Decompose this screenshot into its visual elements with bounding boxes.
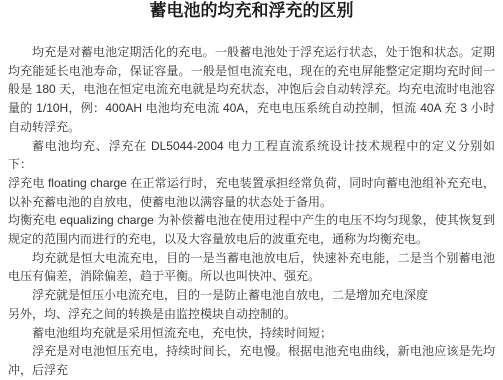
paragraph: 均充就是恒大电流充电，目的一是当蓄电池放电后，快速补充电能，二是当个别蓄电池电压… [8, 249, 495, 286]
paragraph: 浮充是对电池恒压充电，持续时间长，充电慢。根据电池充电曲线，新电池应该是先均冲，… [8, 342, 495, 379]
paragraph: 蓄电池均充、浮充在 DL5044-2004 电力工程直流系统设计技术规程中的定义… [8, 137, 495, 174]
paragraph: 浮充就是恒压小电流充电，目的一是防止蓄电池自放电，二是增加充电深度 [8, 286, 495, 305]
document-page: 蓄电池的均充和浮充的区别 均充是对蓄电池定期活化的充电。一般蓄电池处于浮充运行状… [0, 0, 503, 380]
document-body: 均充是对蓄电池定期活化的充电。一般蓄电池处于浮充运行状态，处于饱和状态。定期均充… [8, 43, 495, 380]
paragraph: 蓄电池组均充就是采用恒流充电，充电快，持续时间短； [8, 324, 495, 343]
paragraph: 浮充电 floating charge 在正常运行时，充电装置承担经常负荷，同时… [8, 174, 495, 211]
paragraph: 均充是对蓄电池定期活化的充电。一般蓄电池处于浮充运行状态，处于饱和状态。定期均充… [8, 43, 495, 137]
document-title: 蓄电池的均充和浮充的区别 [8, 1, 495, 20]
paragraph: 另外，均、浮充之间的转换是由监控模块自动控制的。 [8, 305, 495, 324]
paragraph: 均衡充电 equalizing charge 为补偿蓄电池在使用过程中产生的电压… [8, 211, 495, 248]
